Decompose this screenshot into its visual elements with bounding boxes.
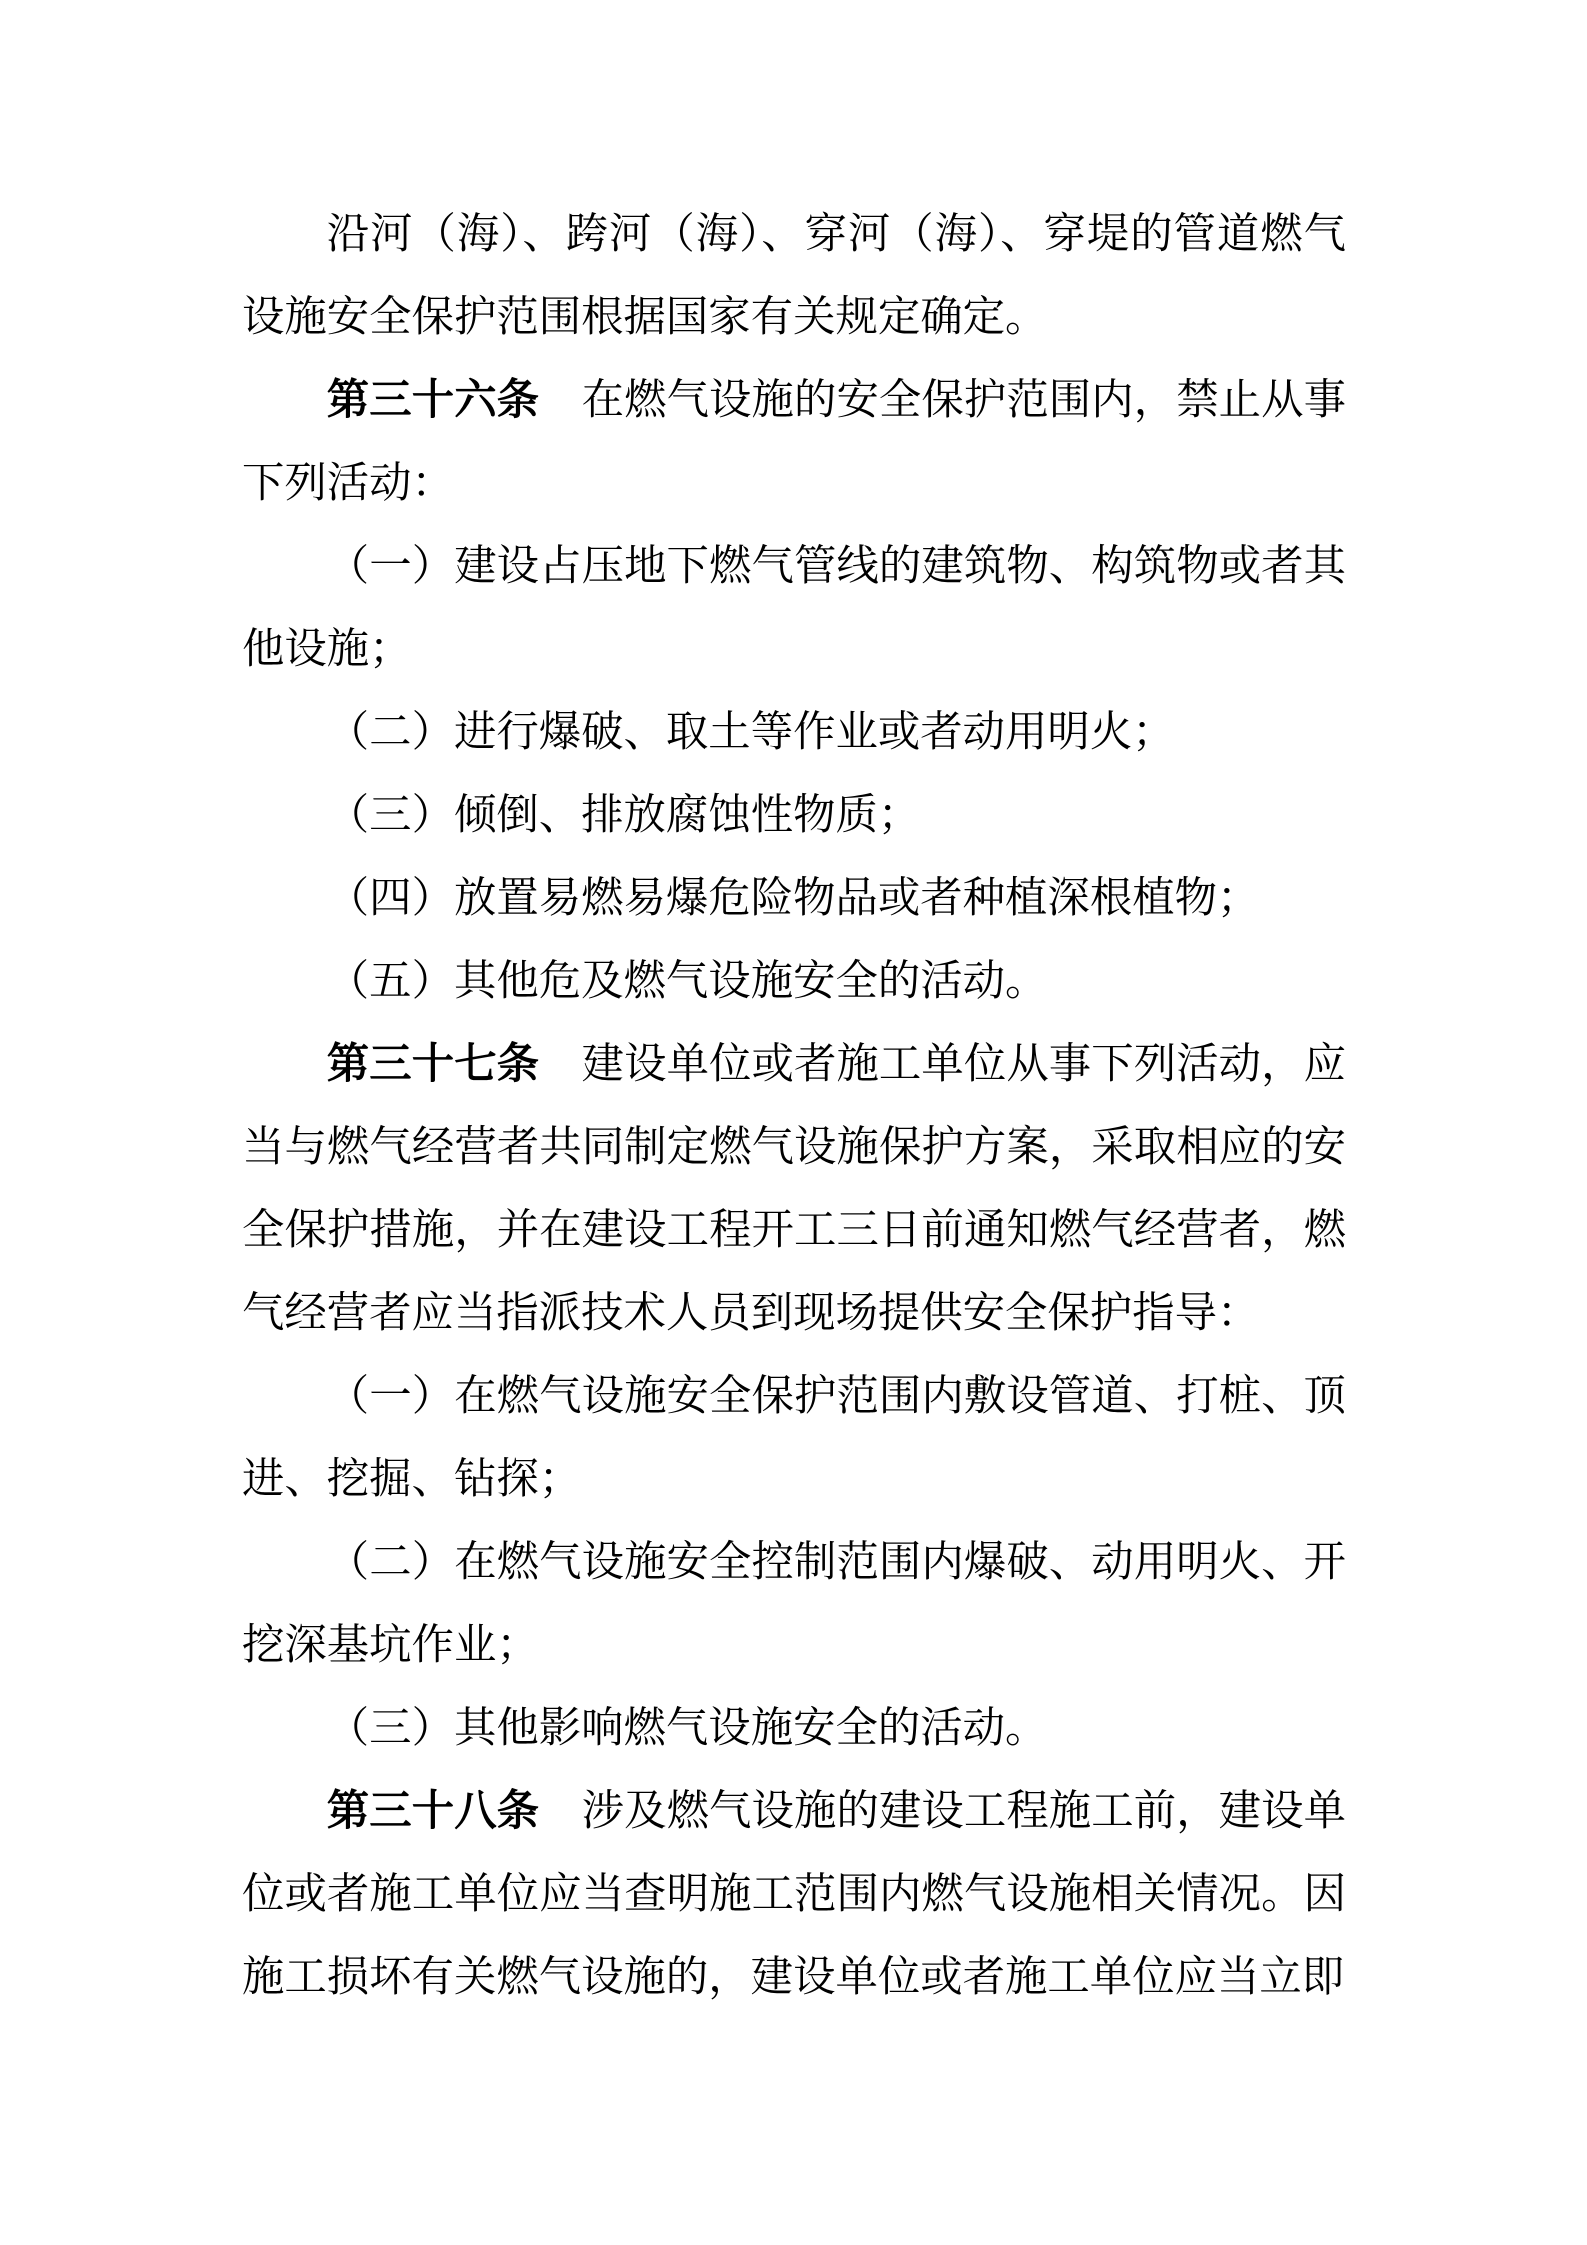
paragraph-article-37-item-3: （三）其他影响燃气设施安全的活动。 [242,1687,1346,1770]
paragraph-text: 沿河（海）、跨河（海）、穿河（海）、穿堤的管道燃气设施安全保护范围根据国家有关规… [242,211,1346,341]
paragraph-article-36: 第三十六条 在燃气设施的安全保护范围内，禁止从事下列活动： [242,359,1346,525]
paragraph-text: （一）在燃气设施安全保护范围内敷设管道、打桩、顶进、挖掘、钻探； [242,1373,1346,1503]
paragraph-text: （五）其他危及燃气设施安全的活动。 [327,958,1048,1005]
paragraph-pipeline-protection-scope: 沿河（海）、跨河（海）、穿河（海）、穿堤的管道燃气设施安全保护范围根据国家有关规… [242,193,1346,359]
paragraph-article-36-item-5: （五）其他危及燃气设施安全的活动。 [242,940,1346,1023]
article-36-number: 第三十六条 [327,377,539,424]
paragraph-article-37: 第三十七条 建设单位或者施工单位从事下列活动，应当与燃气经营者共同制定燃气设施保… [242,1023,1346,1355]
paragraph-text: （二）在燃气设施安全控制范围内爆破、动用明火、开挖深基坑作业； [242,1539,1346,1669]
article-38-number: 第三十八条 [327,1788,539,1835]
paragraph-article-36-item-4: （四）放置易燃易爆危险物品或者种植深根植物； [242,857,1346,940]
paragraph-text: （三）其他影响燃气设施安全的活动。 [327,1705,1048,1752]
paragraph-text: （二）进行爆破、取土等作业或者动用明火； [327,709,1175,756]
article-37-number: 第三十七条 [327,1041,539,1088]
paragraph-text: （三）倾倒、排放腐蚀性物质； [327,792,920,839]
paragraph-article-36-item-1: （一）建设占压地下燃气管线的建筑物、构筑物或者其他设施； [242,525,1346,691]
paragraph-article-37-item-2: （二）在燃气设施安全控制范围内爆破、动用明火、开挖深基坑作业； [242,1521,1346,1687]
document-page: 沿河（海）、跨河（海）、穿河（海）、穿堤的管道燃气设施安全保护范围根据国家有关规… [242,193,1346,2019]
paragraph-text: （一）建设占压地下燃气管线的建筑物、构筑物或者其他设施； [242,543,1346,673]
paragraph-article-38: 第三十八条 涉及燃气设施的建设工程施工前，建设单位或者施工单位应当查明施工范围内… [242,1770,1346,2019]
paragraph-article-36-item-3: （三）倾倒、排放腐蚀性物质； [242,774,1346,857]
paragraph-article-36-item-2: （二）进行爆破、取土等作业或者动用明火； [242,691,1346,774]
paragraph-article-37-item-1: （一）在燃气设施安全保护范围内敷设管道、打桩、顶进、挖掘、钻探； [242,1355,1346,1521]
paragraph-text: （四）放置易燃易爆危险物品或者种植深根植物； [327,875,1260,922]
